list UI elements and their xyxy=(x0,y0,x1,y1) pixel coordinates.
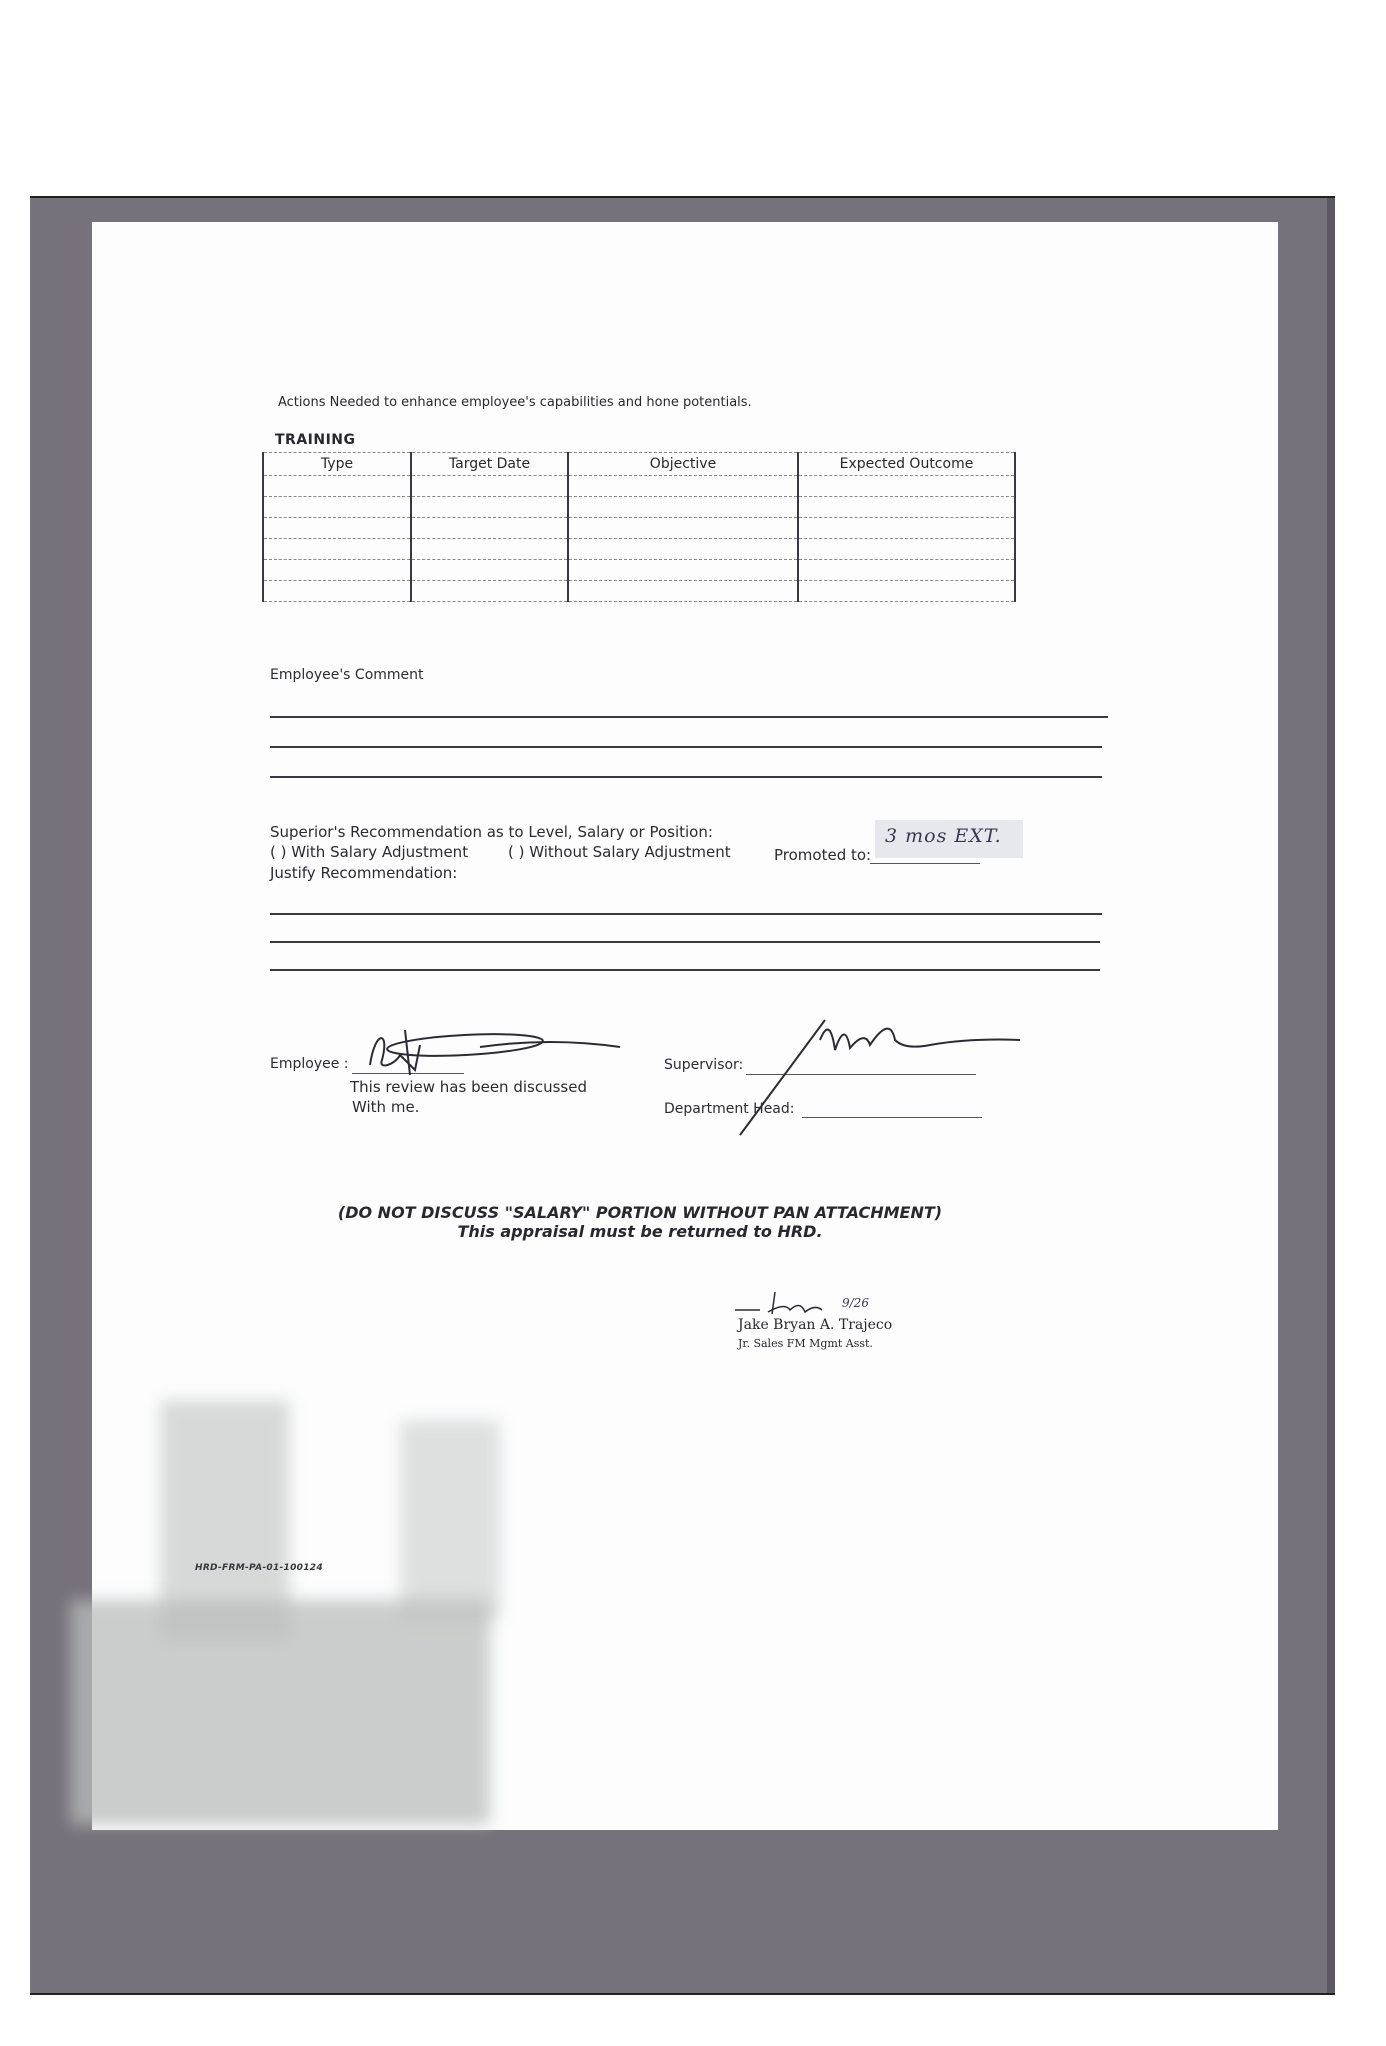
table-cell[interactable] xyxy=(411,581,568,602)
table-row xyxy=(263,539,1015,560)
receiver-signature-icon xyxy=(730,1290,840,1320)
table-cell[interactable] xyxy=(798,581,1015,602)
table-cell[interactable] xyxy=(411,497,568,518)
table-cell[interactable] xyxy=(263,476,411,497)
receiver-signature-date: 9/26 xyxy=(842,1296,869,1310)
table-row xyxy=(263,518,1015,539)
column-header-objective: Objective xyxy=(568,453,798,476)
department-head-signature-label: Department Head: xyxy=(664,1101,795,1117)
justify-recommendation-label: Justify Recommendation: xyxy=(270,864,457,882)
superior-recommendation-label: Superior's Recommendation as to Level, S… xyxy=(270,823,713,841)
training-table: Type Target Date Objective Expected Outc… xyxy=(262,452,1016,602)
scan-shadow xyxy=(400,1420,500,1620)
employee-comment-label: Employee's Comment xyxy=(270,667,424,683)
employee-signature-icon xyxy=(320,1025,630,1085)
employee-acknowledgement-line1: This review has been discussed xyxy=(350,1078,587,1096)
comment-line xyxy=(270,746,1102,748)
handwritten-note: 3 mos EXT. xyxy=(885,825,1002,847)
promoted-to-label: Promoted to: xyxy=(774,846,871,864)
table-cell[interactable] xyxy=(568,539,798,560)
without-salary-adjustment-option[interactable]: ( ) Without Salary Adjustment xyxy=(508,843,731,861)
table-row xyxy=(263,476,1015,497)
form-code: HRD-FRM-PA-01-100124 xyxy=(195,1563,323,1573)
table-cell[interactable] xyxy=(263,497,411,518)
table-cell[interactable] xyxy=(568,518,798,539)
table-cell[interactable] xyxy=(568,581,798,602)
actions-intro: Actions Needed to enhance employee's cap… xyxy=(278,395,752,410)
table-cell[interactable] xyxy=(411,539,568,560)
scan-shadow xyxy=(160,1400,290,1640)
salary-notice: (DO NOT DISCUSS "SALARY" PORTION WITHOUT… xyxy=(320,1203,960,1222)
receiver-name: Jake Bryan A. Trajeco xyxy=(738,1317,892,1333)
table-header-row: Type Target Date Objective Expected Outc… xyxy=(263,453,1015,476)
with-salary-adjustment-option[interactable]: ( ) With Salary Adjustment xyxy=(270,843,468,861)
table-cell[interactable] xyxy=(263,539,411,560)
table-cell[interactable] xyxy=(263,581,411,602)
comment-line xyxy=(270,716,1108,718)
table-cell[interactable] xyxy=(798,560,1015,581)
table-cell[interactable] xyxy=(798,518,1015,539)
table-cell[interactable] xyxy=(798,476,1015,497)
justify-line xyxy=(270,941,1100,943)
table-row xyxy=(263,560,1015,581)
column-header-target-date: Target Date xyxy=(411,453,568,476)
justify-line xyxy=(270,913,1102,915)
column-header-type: Type xyxy=(263,453,411,476)
receiver-title: Jr. Sales FM Mgmt Asst. xyxy=(738,1337,873,1350)
table-cell[interactable] xyxy=(568,476,798,497)
justify-line xyxy=(270,969,1100,971)
employee-acknowledgement-line2: With me. xyxy=(352,1098,419,1116)
table-cell[interactable] xyxy=(411,476,568,497)
table-cell[interactable] xyxy=(568,497,798,518)
table-cell[interactable] xyxy=(798,539,1015,560)
training-heading: TRAINING xyxy=(275,432,356,448)
column-header-expected-outcome: Expected Outcome xyxy=(798,453,1015,476)
table-cell[interactable] xyxy=(411,560,568,581)
table-cell[interactable] xyxy=(568,560,798,581)
table-row xyxy=(263,497,1015,518)
department-head-signature-line[interactable] xyxy=(802,1117,982,1118)
table-row xyxy=(263,581,1015,602)
table-cell[interactable] xyxy=(798,497,1015,518)
return-to-hrd-notice: This appraisal must be returned to HRD. xyxy=(320,1222,960,1241)
promoted-to-line[interactable] xyxy=(870,863,980,864)
frame-edge xyxy=(1327,198,1335,1993)
table-cell[interactable] xyxy=(263,518,411,539)
table-cell[interactable] xyxy=(263,560,411,581)
supervisor-signature-icon xyxy=(730,1010,1030,1140)
table-cell[interactable] xyxy=(411,518,568,539)
comment-line xyxy=(270,776,1102,778)
